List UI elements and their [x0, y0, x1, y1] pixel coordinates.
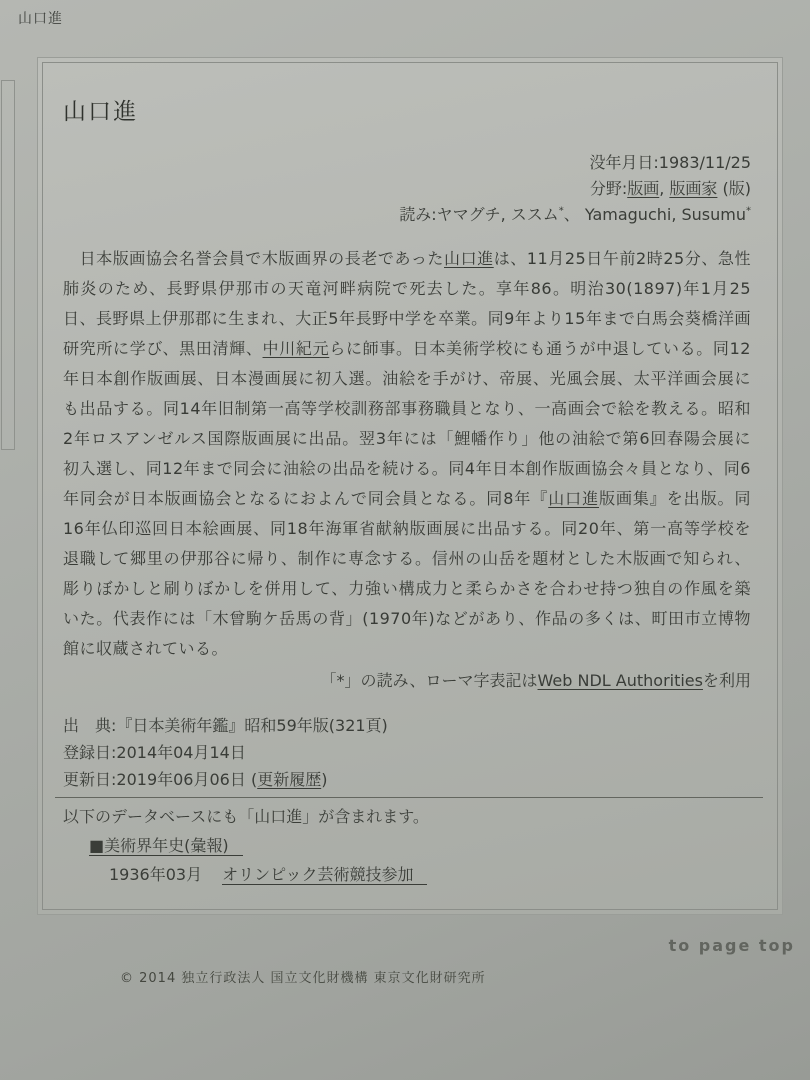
inline-link[interactable]: 山口進: [548, 489, 599, 508]
entry-date: 1936年03月: [109, 865, 202, 884]
text-segment: らに師事。日本美術学校にも通うが中退している。同12年日本創作版画展、日本漫画展…: [63, 339, 751, 508]
updated-line: 更新日:2019年06月06日 (更新履歴): [63, 766, 751, 793]
reading-line: 読み:ヤマグチ, ススム*、 Yamaguchi, Susumu*: [63, 202, 751, 228]
related-intro: 以下のデータベースにも「山口進」が含まれます。: [63, 802, 751, 831]
source-line: 出 典:『日本美術年鑑』昭和59年版(321頁): [63, 712, 751, 739]
section-divider: [55, 797, 763, 798]
to-page-top-link[interactable]: to page top: [669, 936, 795, 955]
reading-kana: ヤマグチ, ススム: [437, 205, 559, 224]
biography-paragraph: 日本版画協会名誉会員で木版画界の長老であった山口進は、11月25日午前2時25分…: [63, 244, 751, 664]
text-segment: 「*」の読み、ローマ字表記は: [321, 671, 538, 690]
reading-source-note: 「*」の読み、ローマ字表記はWeb NDL Authoritiesを利用: [63, 666, 751, 696]
death-date-line: 没年月日:1983/11/25: [63, 150, 751, 176]
registered-line: 登録日:2014年04月14日: [63, 739, 751, 766]
reading-romaji: Yamaguchi, Susumu: [585, 205, 746, 224]
inline-link[interactable]: 中川紀元: [263, 339, 330, 358]
reading-romaji-asterisk: *: [746, 206, 751, 217]
record-meta: 没年月日:1983/11/25 分野:版画, 版画家 (版) 読み:ヤマグチ, …: [63, 150, 751, 228]
related-databases-section: 以下のデータベースにも「山口進」が含まれます。 ■美術界年史(彙報) 1936年…: [63, 802, 751, 889]
entry-link[interactable]: オリンピック芸術競技参加: [222, 865, 427, 885]
source-value: 『日本美術年鑑』昭和59年版(321頁): [116, 716, 387, 735]
field-separator: ,: [659, 179, 669, 198]
update-history-link[interactable]: 更新履歴: [257, 770, 321, 789]
text-segment: 版画集』を出版。同16年仏印巡回日本絵画展、同18年海軍省献納版画展に出品する。…: [63, 489, 751, 658]
field-link-hanga[interactable]: 版画: [627, 179, 659, 198]
source-label: 出 典:: [63, 716, 116, 735]
database-entry-line: 1936年03月オリンピック芸術競技参加: [109, 860, 751, 889]
field-suffix: (版): [717, 179, 751, 198]
field-line: 分野:版画, 版画家 (版): [63, 176, 751, 202]
database-link-label: 美術界年史(彙報): [104, 836, 229, 855]
database-link[interactable]: ■美術界年史(彙報): [89, 836, 243, 856]
registered-value: 2014年04月14日: [116, 743, 245, 762]
source-block: 出 典:『日本美術年鑑』昭和59年版(321頁) 登録日:2014年04月14日…: [63, 712, 751, 793]
record-card-inner: 山口進 没年月日:1983/11/25 分野:版画, 版画家 (版) 読み:ヤマ…: [42, 62, 778, 910]
death-date-value: 1983/11/25: [659, 153, 751, 172]
field-label: 分野:: [590, 179, 627, 198]
text-segment: 日本版画協会名誉会員で木版画界の長老であった: [63, 249, 444, 268]
history-paren-close: ): [321, 770, 327, 789]
inline-link[interactable]: Web NDL Authorities: [538, 671, 703, 690]
registered-label: 登録日:: [63, 743, 116, 762]
inline-link[interactable]: 山口進: [444, 249, 494, 268]
updated-label: 更新日:: [63, 770, 116, 789]
death-date-label: 没年月日:: [589, 153, 658, 172]
field-link-hangaka[interactable]: 版画家: [669, 179, 717, 198]
square-bullet-icon: ■: [89, 836, 104, 855]
record-card: 山口進 没年月日:1983/11/25 分野:版画, 版画家 (版) 読み:ヤマ…: [37, 57, 783, 915]
text-segment: を利用: [703, 671, 751, 690]
reading-label: 読み:: [399, 205, 436, 224]
updated-value: 2019年06月06日: [116, 770, 251, 789]
database-line: ■美術界年史(彙報): [89, 831, 751, 860]
to-page-top[interactable]: to page top: [0, 936, 795, 955]
reading-separator: 、: [564, 205, 585, 224]
copyright-notice: © 2014 独立行政法人 国立文化財機構 東京文化財研究所: [120, 967, 810, 986]
page-title: 山口進: [63, 93, 751, 126]
